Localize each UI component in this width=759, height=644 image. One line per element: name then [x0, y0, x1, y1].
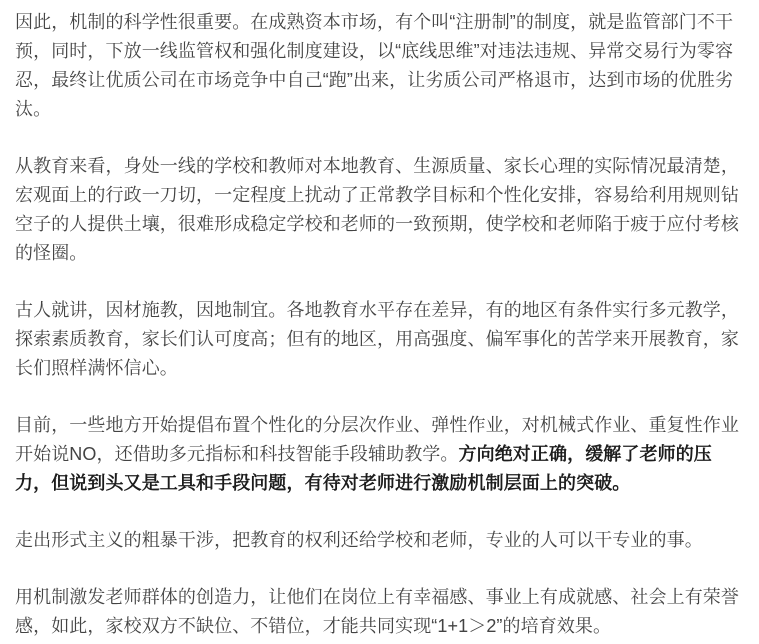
paragraph-education-frontline: 从教育来看，身处一线的学校和教师对本地教育、生源质量、家长心理的实际情况最清楚，…	[15, 152, 744, 268]
paragraph-text: 走出形式主义的粗暴干涉，把教育的权利还给学校和老师，专业的人可以干专业的事。	[15, 530, 703, 550]
article-body: 因此，机制的科学性很重要。在成熟资本市场，有个叫“注册制”的制度，就是监管部门不…	[0, 0, 759, 641]
paragraph-against-formalism: 走出形式主义的粗暴干涉，把教育的权利还给学校和老师，专业的人可以干专业的事。	[15, 526, 744, 555]
paragraph-text: 古人就讲，因材施教，因地制宜。各地教育水平存在差异，有的地区有条件实行多元教学，…	[15, 300, 739, 378]
paragraph-personalized-homework: 目前，一些地方开始提倡布置个性化的分层次作业、弹性作业，对机械式作业、重复性作业…	[15, 411, 744, 498]
paragraph-motivate-teachers: 用机制激发老师群体的创造力，让他们在岗位上有幸福感、事业上有成就感、社会上有荣誉…	[15, 583, 744, 641]
paragraph-teach-by-aptitude: 古人就讲，因材施教，因地制宜。各地教育水平存在差异，有的地区有条件实行多元教学，…	[15, 296, 744, 383]
paragraph-text: 用机制激发老师群体的创造力，让他们在岗位上有幸福感、事业上有成就感、社会上有荣誉…	[15, 587, 739, 636]
paragraph-mechanism-science: 因此，机制的科学性很重要。在成熟资本市场，有个叫“注册制”的制度，就是监管部门不…	[15, 8, 744, 124]
paragraph-text: 从教育来看，身处一线的学校和教师对本地教育、生源质量、家长心理的实际情况最清楚，…	[15, 156, 739, 263]
paragraph-text: 因此，机制的科学性很重要。在成熟资本市场，有个叫“注册制”的制度，就是监管部门不…	[15, 12, 733, 119]
